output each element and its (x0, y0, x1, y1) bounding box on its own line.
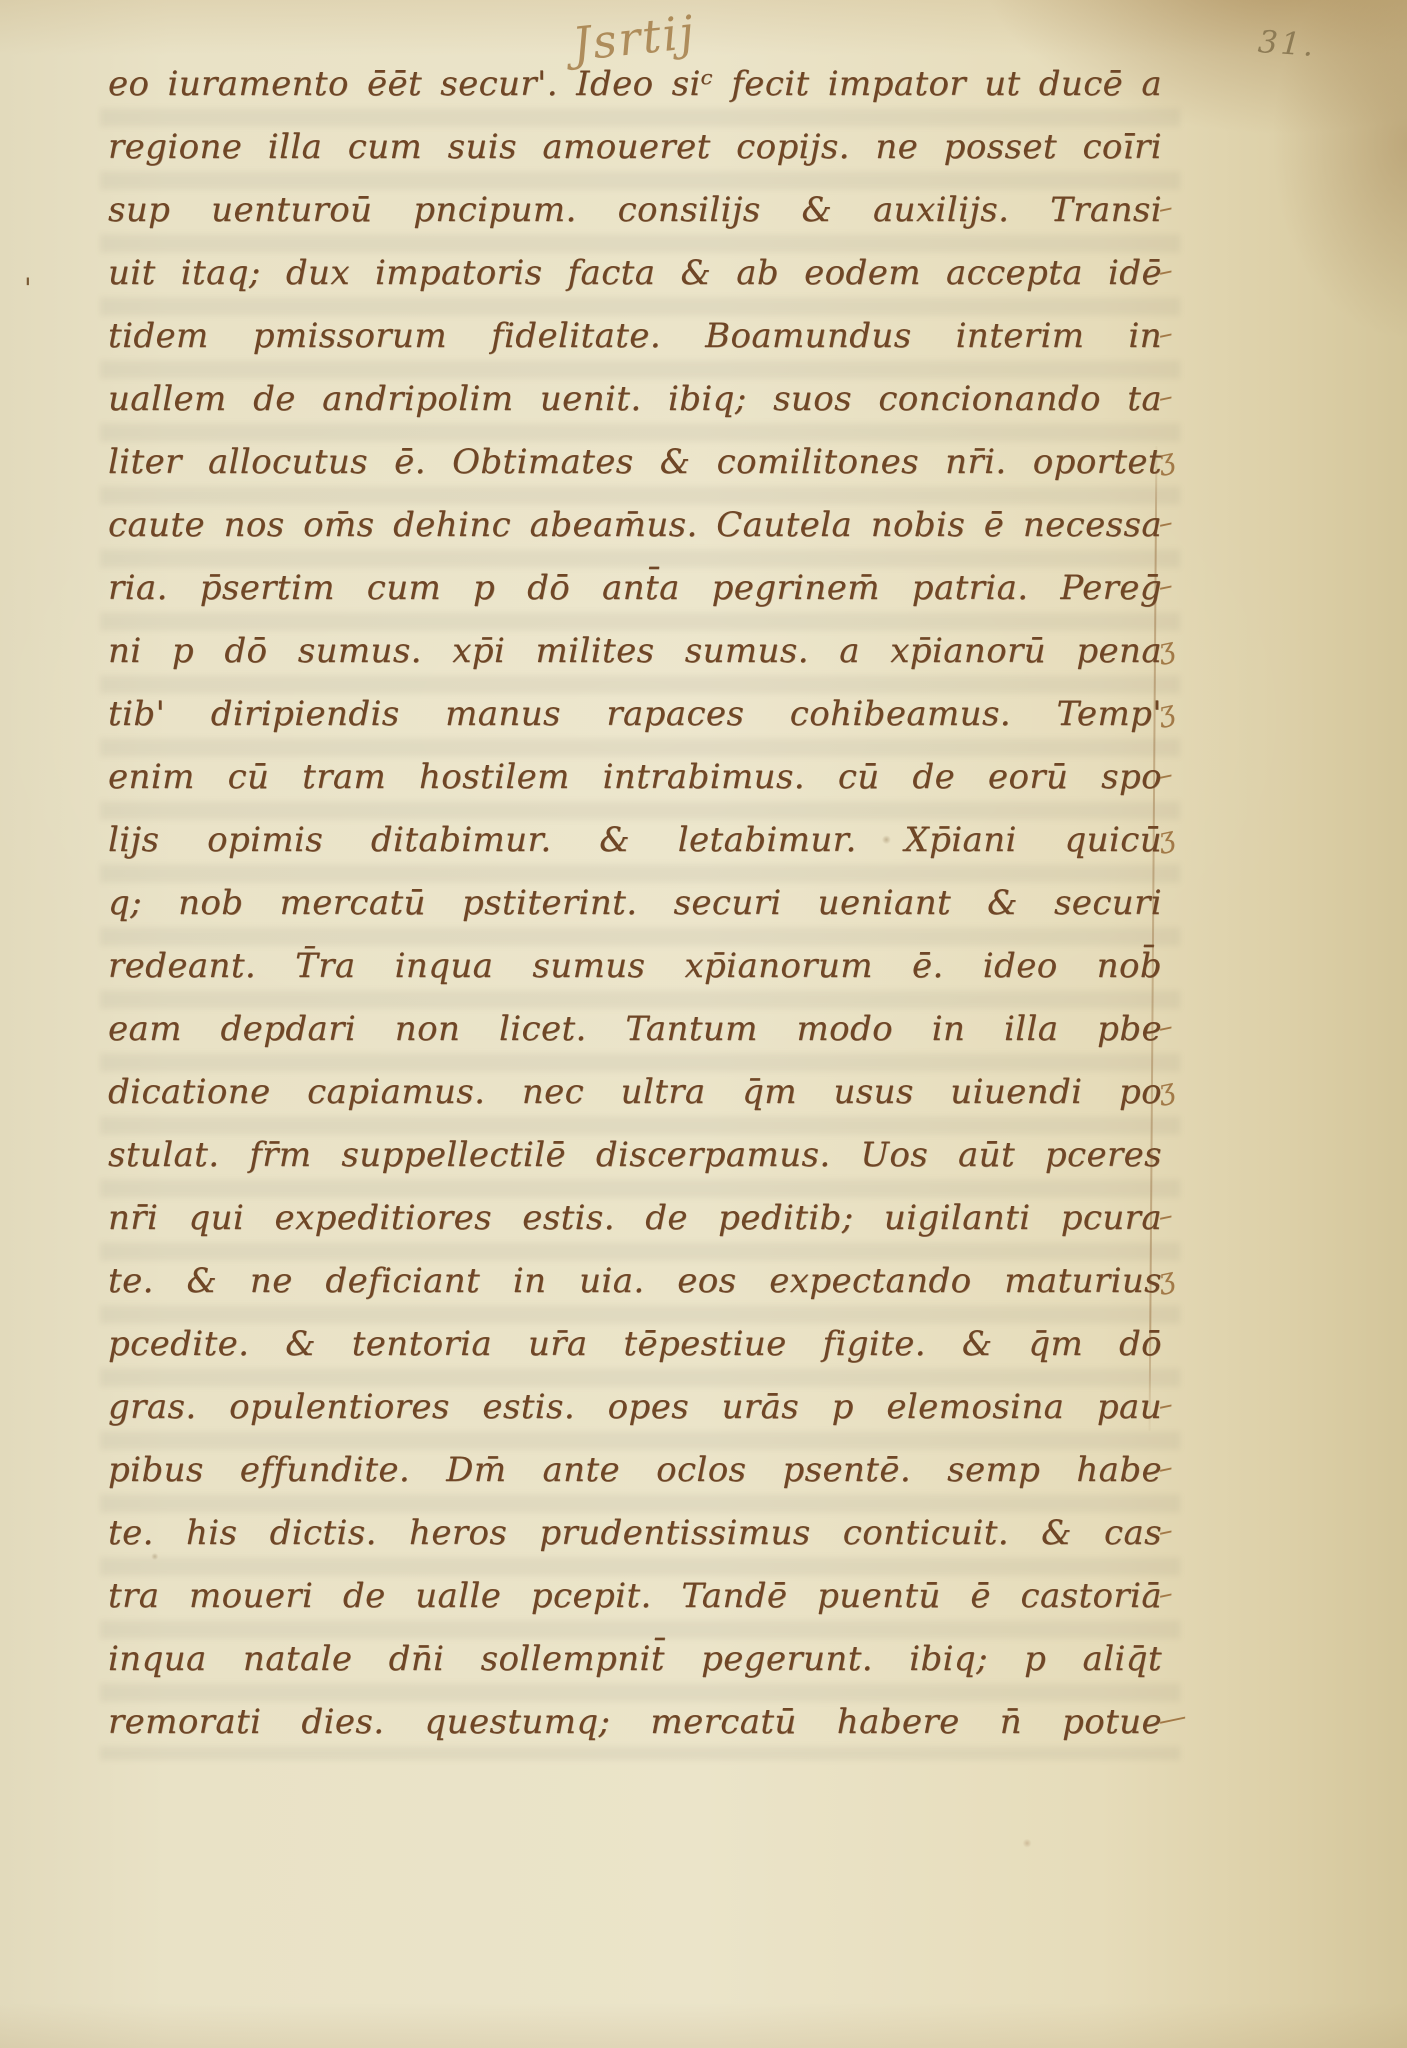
text-line: nr̄i qui expeditiores estis. de peditib;… (108, 1190, 1162, 1253)
line-end-mark: ʒ (1155, 1255, 1205, 1296)
text-line-content: te. & ne deficiant in uia. eos expectand… (108, 1253, 1162, 1309)
text-line: gras. opulentiores estis. opes urās p el… (108, 1379, 1162, 1442)
text-line: te. & ne deficiant in uia. eos expectand… (108, 1253, 1162, 1316)
text-line-content: eo iuramento ēēt secur'. Ideo siᶜ fecit … (108, 56, 1162, 112)
text-line: tra moueri de ualle pcepit. Tandē puentū… (108, 1568, 1162, 1631)
line-end-mark: ʒ (1155, 814, 1205, 855)
text-line: liter allocutus ē. Obtimates & comiliton… (108, 434, 1162, 497)
manuscript-page: Jsrtij 31. ' eo iuramento ēēt secur'. Id… (0, 0, 1407, 2048)
text-line: inqua natale dn̄i sollempnit̄ pegerunt. … (108, 1631, 1162, 1694)
text-line-content: redeant. T̄ra inqua sumus xp̄ianorum ē. … (108, 938, 1162, 994)
line-end-mark: ʒ (1155, 436, 1205, 477)
text-line: redeant. T̄ra inqua sumus xp̄ianorum ē. … (108, 938, 1162, 1001)
line-end-mark: – (1155, 1444, 1205, 1485)
line-end-mark: ʒ (1155, 625, 1205, 666)
text-line-content: liter allocutus ē. Obtimates & comiliton… (108, 434, 1162, 490)
text-line: ni p dō sumus. xp̄i milites sumus. a xp̄… (108, 623, 1162, 686)
text-line: sup uenturoū pncipum. consilijs & auxili… (108, 182, 1162, 245)
text-line-content: tib' diripiendis manus rapaces cohibeamu… (108, 686, 1162, 742)
text-line-content: te. his dictis. heros prudentissimus con… (108, 1505, 1162, 1561)
text-line: pcedite. & tentoria ur̄a tēpestiue figit… (108, 1316, 1162, 1379)
text-line: q; nob mercatū pstiterint. securi uenian… (108, 875, 1162, 938)
line-end-mark: – (1155, 1192, 1205, 1233)
text-line-content: stulat. fr̄m suppellectilē discerpamus. … (108, 1127, 1162, 1183)
text-line-content: uit itaq; dux impatoris facta & ab eodem… (108, 245, 1162, 301)
text-line: eam depdari non licet. Tantum modo in il… (108, 1001, 1162, 1064)
text-line-content: tidem pmissorum fidelitate. Boamundus in… (108, 308, 1162, 364)
text-line-content: ni p dō sumus. xp̄i milites sumus. a xp̄… (108, 623, 1162, 679)
folio-number: 31. (1257, 24, 1318, 64)
manuscript-text-block: eo iuramento ēēt secur'. Ideo siᶜ fecit … (108, 56, 1162, 1757)
line-end-mark: – (1155, 751, 1205, 792)
text-line: pibus effundite. Dm̄ ante oclos psentē. … (108, 1442, 1162, 1505)
text-line-content: remorati dies. questumq; mercatū habere … (108, 1694, 1162, 1750)
line-end-mark: – (1155, 184, 1205, 225)
line-end-mark: – (1155, 499, 1205, 540)
text-line: dicatione capiamus. nec ultra q̄m usus u… (108, 1064, 1162, 1127)
line-end-mark: – (1155, 1003, 1205, 1044)
text-line-content: pibus effundite. Dm̄ ante oclos psentē. … (108, 1442, 1162, 1498)
text-line-content: sup uenturoū pncipum. consilijs & auxili… (108, 182, 1162, 238)
text-line-content: caute nos om̄s dehinc abeam̄us. Cautela … (108, 497, 1162, 553)
text-line-content: ria. p̄sertim cum p dō ant̄a pegrinem̄ p… (108, 560, 1162, 616)
text-line: te. his dictis. heros prudentissimus con… (108, 1505, 1162, 1568)
line-end-mark: – (1155, 562, 1205, 603)
text-line: uit itaq; dux impatoris facta & ab eodem… (108, 245, 1162, 308)
text-line: lijs opimis ditabimur. & letabimur. Xp̄i… (108, 812, 1162, 875)
text-line-content: q; nob mercatū pstiterint. securi uenian… (108, 875, 1162, 931)
text-line-content: inqua natale dn̄i sollempnit̄ pegerunt. … (108, 1631, 1162, 1687)
text-line: enim cū tram hostilem intrabimus. cū de … (108, 749, 1162, 812)
text-line-content: enim cū tram hostilem intrabimus. cū de … (108, 749, 1162, 805)
line-end-mark: – (1155, 373, 1205, 414)
text-line: stulat. fr̄m suppellectilē discerpamus. … (108, 1127, 1162, 1190)
line-end-mark: – (1155, 310, 1205, 351)
text-line: remorati dies. questumq; mercatū habere … (108, 1694, 1162, 1757)
text-line: eo iuramento ēēt secur'. Ideo siᶜ fecit … (108, 56, 1162, 119)
left-margin-mark: ' (24, 272, 32, 305)
line-end-mark: – (1155, 247, 1205, 288)
text-line-content: gras. opulentiores estis. opes urās p el… (108, 1379, 1162, 1435)
text-line-content: lijs opimis ditabimur. & letabimur. Xp̄i… (108, 812, 1162, 868)
text-line-content: eam depdari non licet. Tantum modo in il… (108, 1001, 1162, 1057)
text-line: tib' diripiendis manus rapaces cohibeamu… (108, 686, 1162, 749)
line-end-mark: ʒ (1155, 1066, 1205, 1107)
text-line-content: regione illa cum suis amoueret copijs. n… (108, 119, 1162, 175)
line-end-mark: – (1155, 1381, 1205, 1422)
text-line-content: uallem de andripolim uenit. ibiq; suos c… (108, 371, 1162, 427)
line-end-mark: ʒ (1155, 688, 1205, 729)
text-line: caute nos om̄s dehinc abeam̄us. Cautela … (108, 497, 1162, 560)
line-end-mark: – (1155, 1570, 1205, 1611)
text-line-content: pcedite. & tentoria ur̄a tēpestiue figit… (108, 1316, 1162, 1372)
text-line: regione illa cum suis amoueret copijs. n… (108, 119, 1162, 182)
line-end-mark: – (1155, 1507, 1205, 1548)
text-line: ria. p̄sertim cum p dō ant̄a pegrinem̄ p… (108, 560, 1162, 623)
text-line-content: dicatione capiamus. nec ultra q̄m usus u… (108, 1064, 1162, 1120)
text-line-content: nr̄i qui expeditiores estis. de peditib;… (108, 1190, 1162, 1246)
text-line-content: tra moueri de ualle pcepit. Tandē puentū… (108, 1568, 1162, 1624)
line-end-mark: — (1155, 1696, 1205, 1737)
text-line: uallem de andripolim uenit. ibiq; suos c… (108, 371, 1162, 434)
text-line: tidem pmissorum fidelitate. Boamundus in… (108, 308, 1162, 371)
